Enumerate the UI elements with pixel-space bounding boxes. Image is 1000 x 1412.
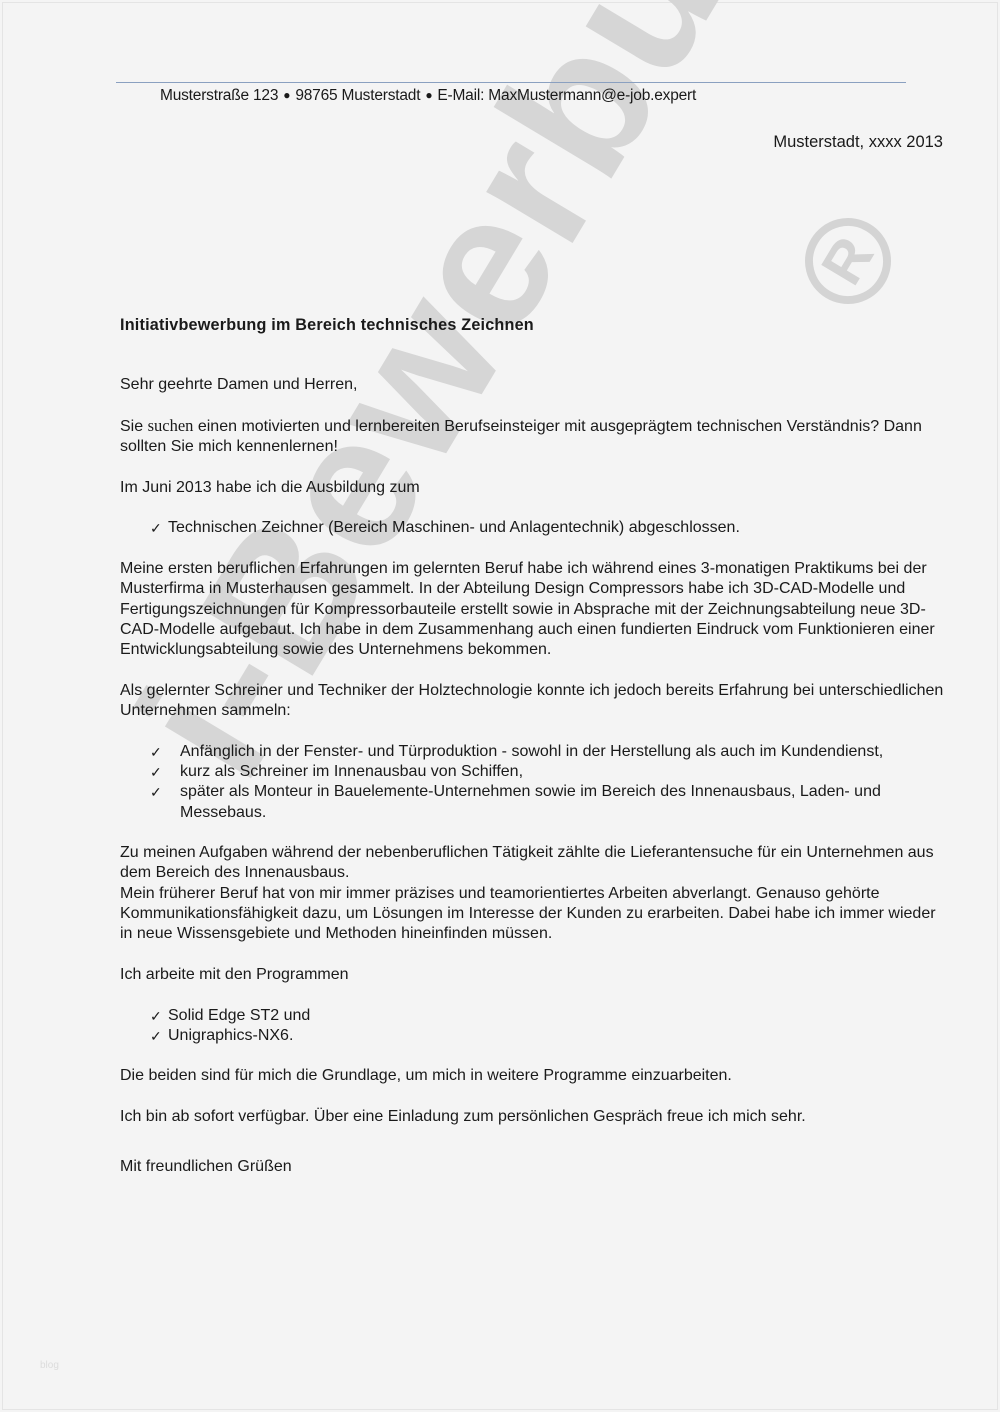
checkmark-icon: ✓ <box>150 782 162 802</box>
list-item: ✓Unigraphics-NX6. <box>120 1026 950 1046</box>
programs-lead: Ich arbeite mit den Programmen <box>120 965 950 985</box>
checkmark-icon: ✓ <box>150 518 168 538</box>
training-lead: Im Juni 2013 habe ich die Ausbildung zum <box>120 478 950 498</box>
bullet-dot-icon: ● <box>283 88 290 102</box>
list-item: ✓kurz als Schreiner im Innenausbau von S… <box>120 762 950 782</box>
programs-closing: Die beiden sind für mich die Grundlage, … <box>120 1066 950 1086</box>
sender-address: Musterstraße 123●98765 Musterstadt●E-Mai… <box>160 87 696 105</box>
place-date: Musterstadt, xxxx 2013 <box>773 133 943 152</box>
tasks-paragraph-2: Mein früherer Beruf hat von mir immer pr… <box>120 884 950 945</box>
bullet-dot-icon: ● <box>425 88 432 102</box>
training-list: ✓Technischen Zeichner (Bereich Maschinen… <box>120 518 950 538</box>
list-item: ✓Anfänglich in der Fenster- und Türprodu… <box>120 742 950 762</box>
header-rule <box>116 82 906 83</box>
salutation: Sehr geehrte Damen und Herren, <box>120 375 950 395</box>
prior-career-lead: Als gelernter Schreiner und Techniker de… <box>120 681 950 722</box>
intro-paragraph: Sie suchen einen motivierten und lernber… <box>120 416 950 458</box>
list-item: ✓Solid Edge ST2 und <box>120 1006 950 1026</box>
subject-line: Initiativbewerbung im Bereich technische… <box>120 315 950 335</box>
checkmark-icon: ✓ <box>150 1026 168 1046</box>
checkmark-icon: ✓ <box>150 762 162 782</box>
email: E-Mail: MaxMustermann@e-job.expert <box>437 87 696 104</box>
experience-paragraph: Meine ersten beruflichen Erfahrungen im … <box>120 559 950 660</box>
closing-greeting: Mit freundlichen Grüßen <box>120 1157 950 1177</box>
availability-paragraph: Ich bin ab sofort verfügbar. Über eine E… <box>120 1107 950 1127</box>
city: 98765 Musterstadt <box>295 87 420 104</box>
programs-list: ✓Solid Edge ST2 und ✓Unigraphics-NX6. <box>120 1006 950 1047</box>
prior-career-list: ✓Anfänglich in der Fenster- und Türprodu… <box>120 742 950 823</box>
letter-body: Initiativbewerbung im Bereich technische… <box>120 315 950 1178</box>
list-item: ✓Technischen Zeichner (Bereich Maschinen… <box>120 518 950 538</box>
tasks-paragraph-1: Zu meinen Aufgaben während der nebenberu… <box>120 843 950 884</box>
footer-mark: blog <box>40 1360 59 1371</box>
list-item: ✓später als Monteur in Bauelemente-Unter… <box>120 782 950 823</box>
checkmark-icon: ✓ <box>150 1006 168 1026</box>
checkmark-icon: ✓ <box>150 742 162 762</box>
street: Musterstraße 123 <box>160 87 278 104</box>
